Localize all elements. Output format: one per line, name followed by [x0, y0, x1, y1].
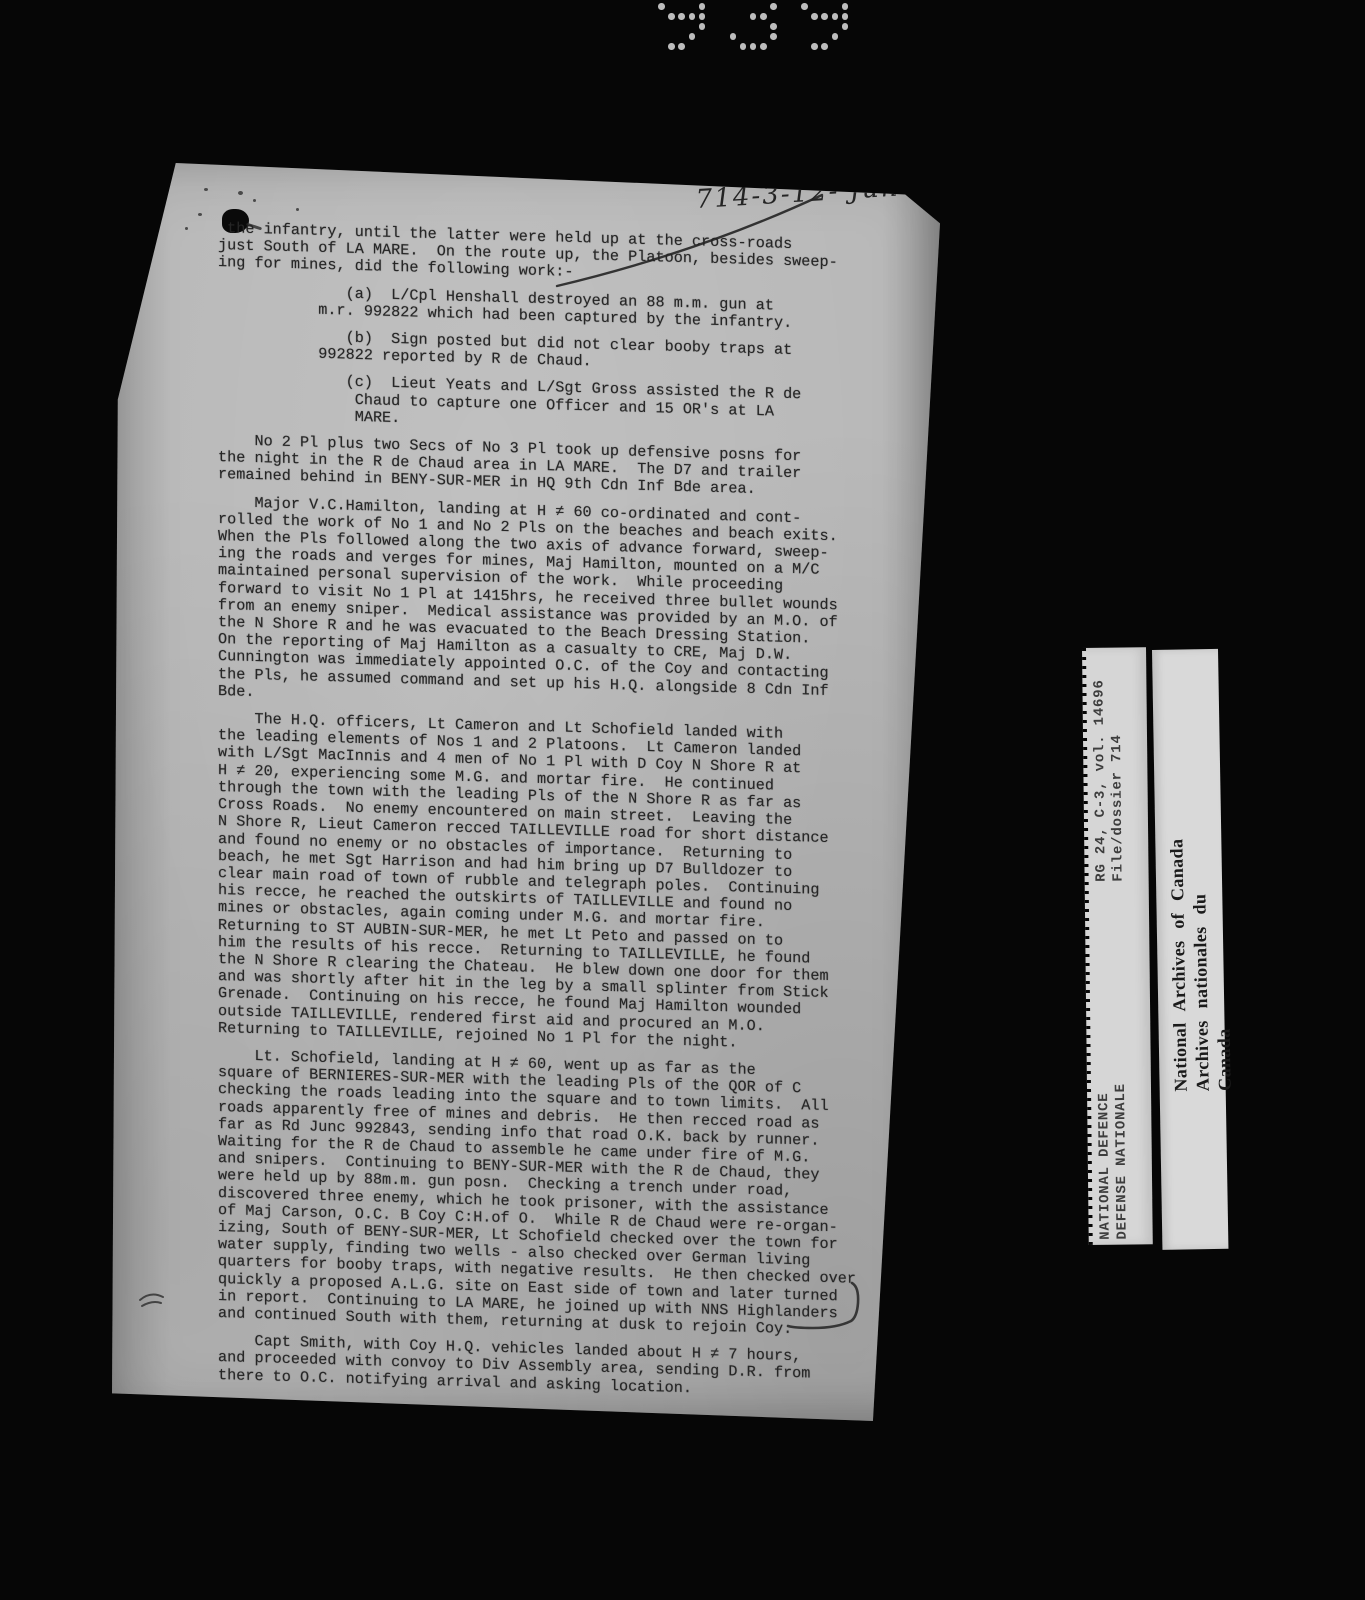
handwriting-marks-overlay: [0, 0, 1365, 1600]
bracket-mark: [788, 1283, 858, 1328]
page-background: { "microfilm_frame": "939", "handwritten…: [0, 0, 1365, 1600]
check-slash-mark: [557, 195, 822, 286]
margin-scribble-mark: [140, 1295, 163, 1306]
